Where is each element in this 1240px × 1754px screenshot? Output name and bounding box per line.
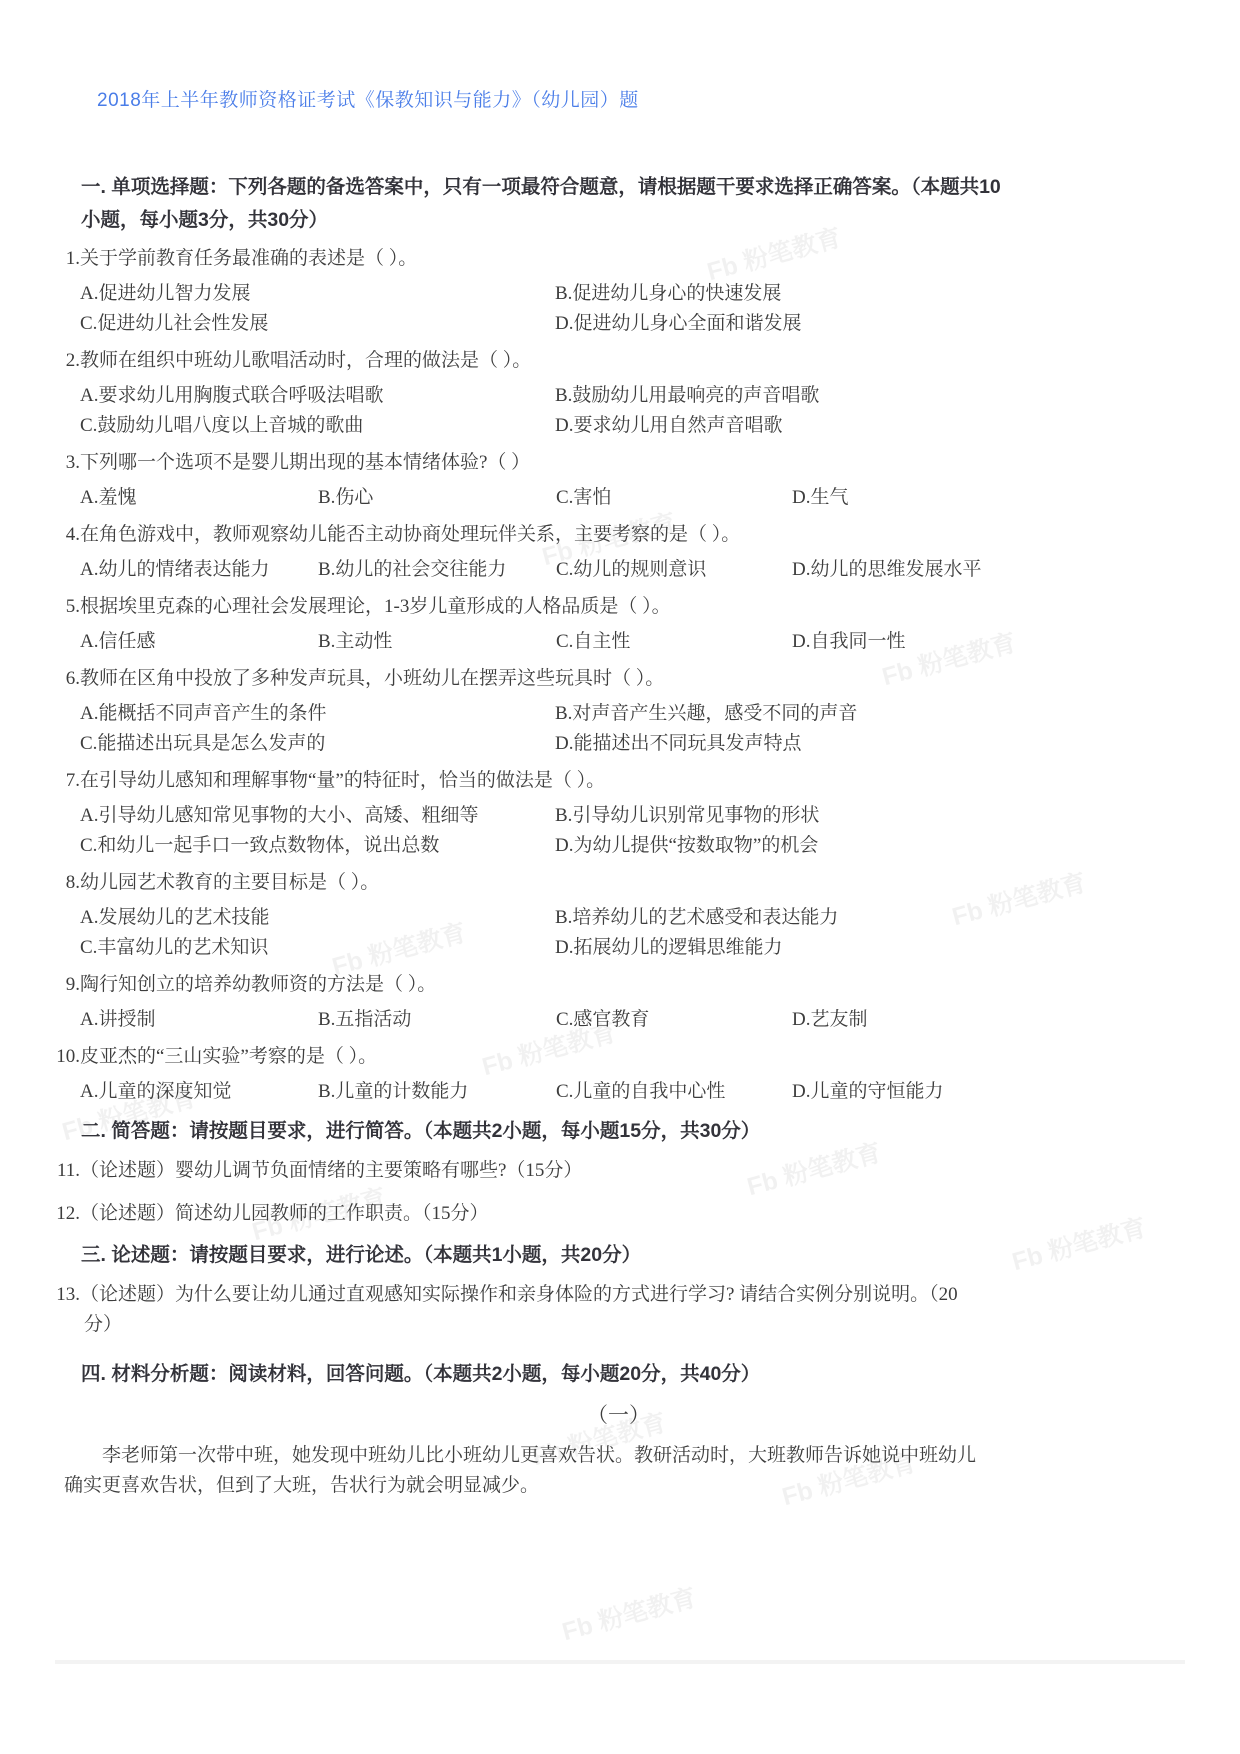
question-number: 9. — [52, 970, 80, 1000]
option-b: B.引导幼儿识别常见事物的形状 — [555, 801, 1185, 831]
question-9-stem: 9.陶行知创立的培养幼教师资的方法是（ ）。 — [52, 970, 1185, 1000]
question-stem-text: 在引导幼儿感知和理解事物“量”的特征时，恰当的做法是（ ）。 — [80, 770, 605, 791]
material-1-label: （一） — [52, 1399, 1185, 1431]
question-number: 3. — [52, 448, 80, 478]
section-1-heading-line-1: 一. 单项选择题：下列各题的备选答案中，只有一项最符合题意，请根据题干要求选择正… — [81, 171, 1185, 204]
question-12: 12.（论述题）简述幼儿园教师的工作职责。（15分） — [52, 1199, 1185, 1229]
material-1-paragraph: 李老师第一次带中班，她发现中班幼儿比小班幼儿更喜欢告状。教研活动时，大班教师告诉… — [64, 1441, 1185, 1501]
question-6: 6.教师在区角中投放了多种发声玩具，小班幼儿在摆弄这些玩具时（ ）。 A.能概括… — [52, 664, 1185, 759]
option-c: C.和幼儿一起手口一致点数物体，说出总数 — [80, 831, 555, 861]
watermark-text: Fb 粉笔教育 — [558, 1578, 700, 1648]
question-stem-text: 陶行知创立的培养幼教师资的方法是（ ）。 — [80, 974, 436, 995]
question-4: 4.在角色游戏中，教师观察幼儿能否主动协商处理玩伴关系，主要考察的是（ ）。 A… — [52, 520, 1185, 585]
option-d: D.要求幼儿用自然声音唱歌 — [555, 411, 1185, 441]
question-4-stem: 4.在角色游戏中，教师观察幼儿能否主动协商处理玩伴关系，主要考察的是（ ）。 — [52, 520, 1185, 550]
question-13: 13.（论述题）为什么要让幼儿通过直观感知实际操作和亲身体险的方式进行学习? 请… — [52, 1280, 1185, 1340]
question-number: 8. — [52, 868, 80, 898]
question-8-options: A.发展幼儿的艺术技能 B.培养幼儿的艺术感受和表达能力 C.丰富幼儿的艺术知识… — [52, 903, 1185, 963]
option-d: D.拓展幼儿的逻辑思维能力 — [555, 933, 1185, 963]
option-c: C.促进幼儿社会性发展 — [80, 309, 555, 339]
option-a: A.幼儿的情绪表达能力 — [80, 555, 318, 585]
question-number: 12. — [52, 1199, 80, 1229]
question-2-stem: 2.教师在组织中班幼儿歌唱活动时，合理的做法是（ ）。 — [52, 346, 1185, 376]
question-10-options: A.儿童的深度知觉 B.儿童的计数能力 C.儿童的自我中心性 D.儿童的守恒能力 — [52, 1077, 1185, 1107]
question-8: 8.幼儿园艺术教育的主要目标是（ ）。 A.发展幼儿的艺术技能 B.培养幼儿的艺… — [52, 868, 1185, 963]
section-2-heading: 二. 简答题：请按题目要求，进行简答。（本题共2小题，每小题15分，共30分） — [81, 1115, 1185, 1148]
option-c: C.鼓励幼儿唱八度以上音城的歌曲 — [80, 411, 555, 441]
question-4-options: A.幼儿的情绪表达能力 B.幼儿的社会交往能力 C.幼儿的规则意识 D.幼儿的思… — [52, 555, 1185, 585]
option-b: B.幼儿的社会交往能力 — [318, 555, 556, 585]
option-b: B.培养幼儿的艺术感受和表达能力 — [555, 903, 1185, 933]
option-a: A.讲授制 — [80, 1005, 318, 1035]
question-stem-text: 幼儿园艺术教育的主要目标是（ ）。 — [80, 872, 379, 893]
option-a: A.要求幼儿用胸腹式联合呼吸法唱歌 — [80, 381, 555, 411]
question-number: 10. — [52, 1042, 80, 1072]
question-number: 4. — [52, 520, 80, 550]
question-3: 3.下列哪一个选项不是婴儿期出现的基本情绪体验?（ ） A.羞愧 B.伤心 C.… — [52, 448, 1185, 513]
option-b: B.五指活动 — [318, 1005, 556, 1035]
option-d: D.为幼儿提供“按数取物”的机会 — [555, 831, 1185, 861]
question-stem-text: 下列哪一个选项不是婴儿期出现的基本情绪体验?（ ） — [80, 452, 530, 473]
question-8-stem: 8.幼儿园艺术教育的主要目标是（ ）。 — [52, 868, 1185, 898]
question-12-stem: 12.（论述题）简述幼儿园教师的工作职责。（15分） — [52, 1199, 1185, 1229]
question-6-stem: 6.教师在区角中投放了多种发声玩具，小班幼儿在摆弄这些玩具时（ ）。 — [52, 664, 1185, 694]
option-d: D.幼儿的思维发展水平 — [792, 555, 1185, 585]
question-9-options: A.讲授制 B.五指活动 C.感官教育 D.艺友制 — [52, 1005, 1185, 1035]
question-number: 1. — [52, 244, 80, 274]
question-stem-text: 根据埃里克森的心理社会发展理论，1-3岁儿童形成的人格品质是（ ）。 — [80, 596, 671, 617]
option-b: B.鼓励幼儿用最响亮的声音唱歌 — [555, 381, 1185, 411]
question-stem-text: （论述题）为什么要让幼儿通过直观感知实际操作和亲身体险的方式进行学习? 请结合实… — [80, 1284, 958, 1305]
question-13-stem: 13.（论述题）为什么要让幼儿通过直观感知实际操作和亲身体险的方式进行学习? 请… — [52, 1280, 1185, 1310]
option-c: C.幼儿的规则意识 — [556, 555, 792, 585]
question-number: 11. — [52, 1156, 80, 1186]
option-d: D.促进幼儿身心全面和谐发展 — [555, 309, 1185, 339]
section-1-heading: 一. 单项选择题：下列各题的备选答案中，只有一项最符合题意，请根据题干要求选择正… — [81, 171, 1185, 237]
option-b: B.主动性 — [318, 627, 556, 657]
exam-document-page: { "title": "2018年上半年教师资格证考试《保教知识与能力》（幼儿园… — [0, 0, 1240, 1754]
question-2: 2.教师在组织中班幼儿歌唱活动时，合理的做法是（ ）。 A.要求幼儿用胸腹式联合… — [52, 346, 1185, 441]
question-stem-text: （论述题）婴幼儿调节负面情绪的主要策略有哪些?（15分） — [80, 1160, 582, 1181]
option-a: A.羞愧 — [80, 483, 318, 513]
question-6-options: A.能概括不同声音产生的条件 B.对声音产生兴趣，感受不同的声音 C.能描述出玩… — [52, 699, 1185, 759]
question-9: 9.陶行知创立的培养幼教师资的方法是（ ）。 A.讲授制 B.五指活动 C.感官… — [52, 970, 1185, 1035]
option-a: A.信任感 — [80, 627, 318, 657]
question-stem-text: 教师在组织中班幼儿歌唱活动时，合理的做法是（ ）。 — [80, 350, 531, 371]
question-1-options: A.促进幼儿智力发展 B.促进幼儿身心的快速发展 C.促进幼儿社会性发展 D.促… — [52, 279, 1185, 339]
question-2-options: A.要求幼儿用胸腹式联合呼吸法唱歌 B.鼓励幼儿用最响亮的声音唱歌 C.鼓励幼儿… — [52, 381, 1185, 441]
question-5-options: A.信任感 B.主动性 C.自主性 D.自我同一性 — [52, 627, 1185, 657]
question-3-stem: 3.下列哪一个选项不是婴儿期出现的基本情绪体验?（ ） — [52, 448, 1185, 478]
question-number: 5. — [52, 592, 80, 622]
option-b: B.伤心 — [318, 483, 556, 513]
option-a: A.发展幼儿的艺术技能 — [80, 903, 555, 933]
option-d: D.自我同一性 — [792, 627, 1185, 657]
question-stem-text: （论述题）简述幼儿园教师的工作职责。（15分） — [80, 1203, 489, 1224]
question-7: 7.在引导幼儿感知和理解事物“量”的特征时，恰当的做法是（ ）。 A.引导幼儿感… — [52, 766, 1185, 861]
material-paragraph-line-1: 李老师第一次带中班，她发现中班幼儿比小班幼儿更喜欢告状。教研活动时，大班教师告诉… — [64, 1441, 1185, 1471]
option-a: A.能概括不同声音产生的条件 — [80, 699, 555, 729]
question-1: 1.关于学前教育任务最准确的表述是（ ）。 A.促进幼儿智力发展 B.促进幼儿身… — [52, 244, 1185, 339]
question-stem-text: 教师在区角中投放了多种发声玩具，小班幼儿在摆弄这些玩具时（ ）。 — [80, 668, 664, 689]
question-11: 11.（论述题）婴幼儿调节负面情绪的主要策略有哪些?（15分） — [52, 1156, 1185, 1186]
option-b: B.儿童的计数能力 — [318, 1077, 556, 1107]
bottom-divider — [55, 1660, 1185, 1664]
section-3-heading: 三. 论述题：请按题目要求，进行论述。（本题共1小题，共20分） — [81, 1239, 1185, 1272]
option-c: C.丰富幼儿的艺术知识 — [80, 933, 555, 963]
question-5-stem: 5.根据埃里克森的心理社会发展理论，1-3岁儿童形成的人格品质是（ ）。 — [52, 592, 1185, 622]
option-c: C.害怕 — [556, 483, 792, 513]
section-1-heading-line-2: 小题，每小题3分，共30分） — [81, 204, 1185, 237]
exam-content: 2018年上半年教师资格证考试《保教知识与能力》（幼儿园）题 一. 单项选择题：… — [0, 88, 1240, 1501]
page-title: 2018年上半年教师资格证考试《保教知识与能力》（幼儿园）题 — [97, 88, 1185, 114]
material-paragraph-line-2: 确实更喜欢告状，但到了大班，告状行为就会明显减少。 — [64, 1471, 1185, 1501]
question-stem-text: 皮亚杰的“三山实验”考察的是（ ）。 — [80, 1046, 377, 1067]
option-c: C.能描述出玩具是怎么发声的 — [80, 729, 555, 759]
question-number: 13. — [52, 1280, 80, 1310]
question-5: 5.根据埃里克森的心理社会发展理论，1-3岁儿童形成的人格品质是（ ）。 A.信… — [52, 592, 1185, 657]
option-a: A.促进幼儿智力发展 — [80, 279, 555, 309]
question-1-stem: 1.关于学前教育任务最准确的表述是（ ）。 — [52, 244, 1185, 274]
option-c: C.感官教育 — [556, 1005, 792, 1035]
question-number: 2. — [52, 346, 80, 376]
option-d: D.生气 — [792, 483, 1185, 513]
question-number: 6. — [52, 664, 80, 694]
question-10: 10.皮亚杰的“三山实验”考察的是（ ）。 A.儿童的深度知觉 B.儿童的计数能… — [52, 1042, 1185, 1107]
option-d: D.艺友制 — [792, 1005, 1185, 1035]
question-7-stem: 7.在引导幼儿感知和理解事物“量”的特征时，恰当的做法是（ ）。 — [52, 766, 1185, 796]
question-3-options: A.羞愧 B.伤心 C.害怕 D.生气 — [52, 483, 1185, 513]
question-stem-text: 在角色游戏中，教师观察幼儿能否主动协商处理玩伴关系，主要考察的是（ ）。 — [80, 524, 740, 545]
option-b: B.对声音产生兴趣，感受不同的声音 — [555, 699, 1185, 729]
question-7-options: A.引导幼儿感知常见事物的大小、高矮、粗细等 B.引导幼儿识别常见事物的形状 C… — [52, 801, 1185, 861]
question-11-stem: 11.（论述题）婴幼儿调节负面情绪的主要策略有哪些?（15分） — [52, 1156, 1185, 1186]
question-13-stem-continuation: 分） — [52, 1310, 1185, 1340]
option-a: A.儿童的深度知觉 — [80, 1077, 318, 1107]
option-d: D.儿童的守恒能力 — [792, 1077, 1185, 1107]
option-a: A.引导幼儿感知常见事物的大小、高矮、粗细等 — [80, 801, 555, 831]
question-number: 7. — [52, 766, 80, 796]
question-stem-text: 关于学前教育任务最准确的表述是（ ）。 — [80, 248, 417, 269]
option-b: B.促进幼儿身心的快速发展 — [555, 279, 1185, 309]
section-4-heading: 四. 材料分析题：阅读材料，回答问题。（本题共2小题，每小题20分，共40分） — [81, 1358, 1185, 1391]
option-c: C.儿童的自我中心性 — [556, 1077, 792, 1107]
option-c: C.自主性 — [556, 627, 792, 657]
question-10-stem: 10.皮亚杰的“三山实验”考察的是（ ）。 — [52, 1042, 1185, 1072]
option-d: D.能描述出不同玩具发声特点 — [555, 729, 1185, 759]
